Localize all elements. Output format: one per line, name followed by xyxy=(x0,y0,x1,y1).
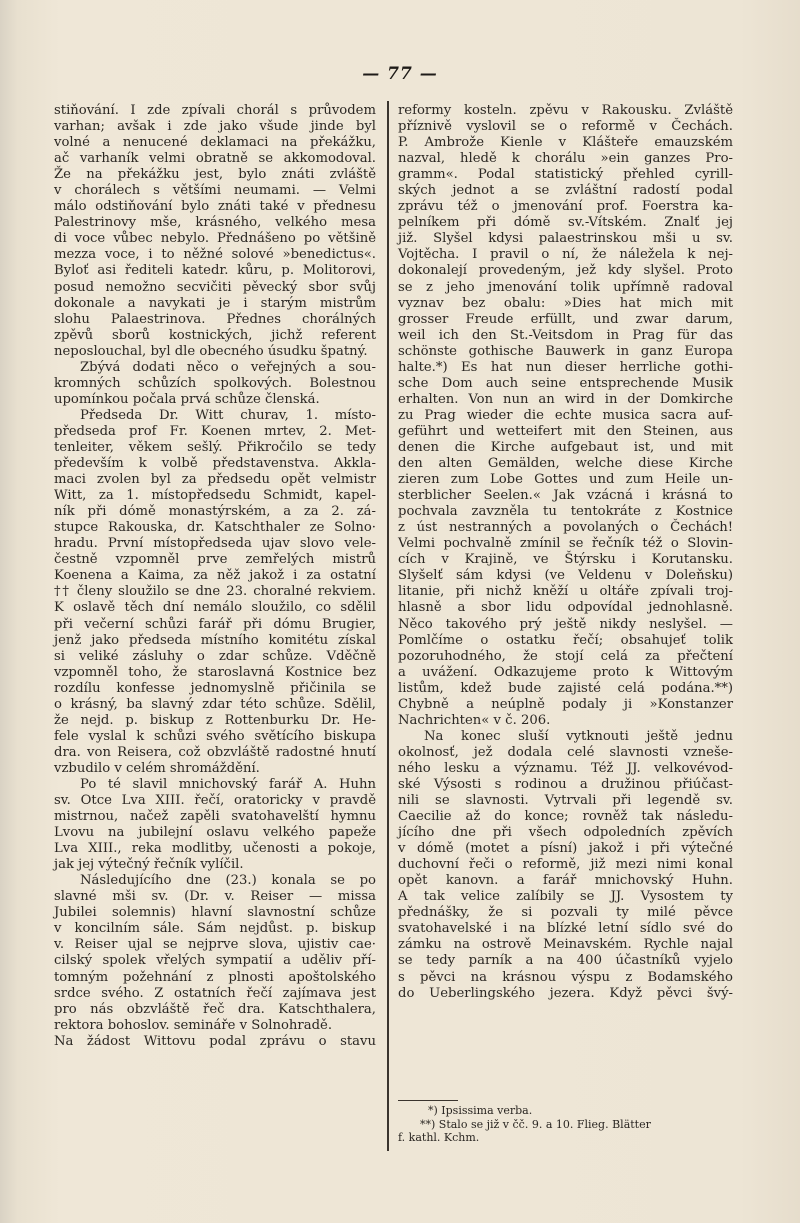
text-line: di voce vůbec nebylo. Přednášeno po větš… xyxy=(54,231,376,247)
text-line: zpěvů sborů kostnických, jichž referent xyxy=(54,328,376,344)
footnote: f. kathl. Kchm. xyxy=(398,1131,753,1145)
text-line: †† členy sloužilo se dne 23. choralné re… xyxy=(54,584,376,600)
text-line: příznivě vyslovil se o reformě v Čechách… xyxy=(398,119,733,135)
text-line: Po té slavil mnichovský farář A. Huhn xyxy=(54,777,376,793)
text-line: si veliké zásluhy o zdar schůze. Vděčně xyxy=(54,649,376,665)
text-line: den alten Gemälden, welche diese Kirche xyxy=(398,456,733,472)
text-line: maci zvolen byl za předsedu opět velmist… xyxy=(54,472,376,488)
text-line: duchovní řeči o reformě, již mezi nimi k… xyxy=(398,857,733,873)
footnote-separator xyxy=(398,1100,458,1101)
text-line: ských jednot a se zvláštní radostí podal xyxy=(398,183,733,199)
left-column: stiňování. I zde zpívali chorál s průvod… xyxy=(54,103,376,1050)
text-line: erhalten. Von nun an wird in der Domkirc… xyxy=(398,392,733,408)
text-line: fele vyslal k schůzi svého světícího bis… xyxy=(54,729,376,745)
text-line: jenž jako předseda místního komitétu zís… xyxy=(54,633,376,649)
text-line: ač varhaník velmi obratně se akkomodoval… xyxy=(54,151,376,167)
right-column: reformy kosteln. zpěvu v Rakousku. Zvláš… xyxy=(398,103,733,1002)
text-line: srdce svého. Z ostatních řečí zajímava j… xyxy=(54,986,376,1002)
text-line: upomínkou počala prvá schůze členská. xyxy=(54,392,376,408)
text-line: Zbývá dodati něco o veřejných a sou- xyxy=(54,360,376,376)
text-line: hradu. První místopředseda ujav slovo ve… xyxy=(54,536,376,552)
text-line: v koncilním sále. Sám nejdůst. p. biskup xyxy=(54,921,376,937)
text-line: mezza voce, i to něžné solové »benedictu… xyxy=(54,247,376,263)
text-line: ník při dómě monastýrském, a za 2. zá- xyxy=(54,504,376,520)
text-line: Že na překážku jest, bylo znáti zvláště xyxy=(54,167,376,183)
text-line: Velmi pochvalně zmínil se řečník též o S… xyxy=(398,536,733,552)
text-line: Jubilei solemnis) hlavní slavnostní schů… xyxy=(54,905,376,921)
text-line: se z jeho jmenování tolik upřímně radova… xyxy=(398,280,733,296)
text-line: halte.*) Es hat nun dieser herrliche got… xyxy=(398,360,733,376)
text-line: dokonale a navykati je i starým mistrům xyxy=(54,296,376,312)
text-line: cilský spolek vřelých sympatií a uděliv … xyxy=(54,953,376,969)
text-line: Byloť asi řediteli katedr. kůru, p. Moli… xyxy=(54,263,376,279)
text-line: dokonalejí provedeným, jež kdy slyšel. P… xyxy=(398,263,733,279)
text-line: ské Výsosti s rodinou a družinou přiúčas… xyxy=(398,777,733,793)
text-line: tomným požehnání z plnosti apoštolského xyxy=(54,970,376,986)
text-line: zámku na ostrově Meinavském. Rychle naja… xyxy=(398,937,733,953)
text-line: pochvala zavzněla tu tentokráte z Kostni… xyxy=(398,504,733,520)
text-line: Na konec sluší vytknouti ještě jednu xyxy=(398,729,733,745)
text-line: Caecilie až do konce; rovněž tak následu… xyxy=(398,809,733,825)
text-line: Předseda Dr. Witt churav, 1. místo- xyxy=(54,408,376,424)
text-line: nazval, hledě k chorálu »ein ganzes Pro- xyxy=(398,151,733,167)
text-line: slohu Palaestrinova. Přednes chorálných xyxy=(54,312,376,328)
text-line: varhan; avšak i zde jako všude jinde byl xyxy=(54,119,376,135)
text-line: Vojtěcha. I pravil o ní, že náležela k n… xyxy=(398,247,733,263)
column-divider xyxy=(387,101,389,1151)
text-line: při večerní schůzi farář při dómu Brugie… xyxy=(54,617,376,633)
text-line: Witt, za 1. místopředsedu Schmidt, kapel… xyxy=(54,488,376,504)
text-line: cích v Krajině, ve Štýrsku i Korutansku. xyxy=(398,552,733,568)
text-line: gramm«. Podal statistický přehled cyrill… xyxy=(398,167,733,183)
text-line: Něco takového prý ještě nikdy neslyšel. … xyxy=(398,617,733,633)
text-line: A tak velice zalíbily se JJ. Vysostem ty xyxy=(398,889,733,905)
page-number: — 77 — xyxy=(0,64,800,84)
text-line: hlasně a sbor lidu odpovídal jednohlasně… xyxy=(398,600,733,616)
text-line: pelníkem při dómě sv.-Vítském. Znalť jej xyxy=(398,215,733,231)
text-line: sv. Otce Lva XIII. řečí, oratoricky v pr… xyxy=(54,793,376,809)
footnote: **) Stalo se již v čč. 9. a 10. Flieg. B… xyxy=(398,1118,753,1132)
text-line: opět kanovn. a farář mnichovský Huhn. xyxy=(398,873,733,889)
text-line: Palestrinovy mše, krásného, velkého mesa xyxy=(54,215,376,231)
text-line: se tedy parník a na 400 účastníků vyjelo xyxy=(398,953,733,969)
text-line: litanie, při nichž kněží u oltáře zpíval… xyxy=(398,584,733,600)
text-line: jak jej výtečný řečník vylíčil. xyxy=(54,857,376,873)
text-line: neposlouchal, byl dle obecného úsudku šp… xyxy=(54,344,376,360)
text-line: Lva XIII., reka modlitby, učenosti a pok… xyxy=(54,841,376,857)
text-line: kromných schůzích spolkových. Bolestnou xyxy=(54,376,376,392)
text-line: z úst nestranných a povolaných o Čechách… xyxy=(398,520,733,536)
text-line: vzbudilo v celém shromáždění. xyxy=(54,761,376,777)
text-line: svatohavelské i na blízké letní sídlo sv… xyxy=(398,921,733,937)
text-line: ného lesku a významu. Též JJ. velkovévod… xyxy=(398,761,733,777)
text-line: v dómě (motet a písní) jakož i při výteč… xyxy=(398,841,733,857)
text-line: Nachrichten« v č. 206. xyxy=(398,713,733,729)
text-line: mistrnou, načež zapěli svatohavelští hym… xyxy=(54,809,376,825)
text-line: rozdílu konfesse jednomyslně přičinila s… xyxy=(54,681,376,697)
text-line: tenleiter, věkem sešlý. Přikročilo se te… xyxy=(54,440,376,456)
text-line: dra. von Reisera, což obzvláště radostné… xyxy=(54,745,376,761)
text-line: především k volbě představenstva. Akkla- xyxy=(54,456,376,472)
text-line: volné a nenucené deklamaci na překážku, xyxy=(54,135,376,151)
text-line: přednášky, že si pozvali ty milé pěvce xyxy=(398,905,733,921)
text-line: pro nás obzvláště řeč dra. Katschthalera… xyxy=(54,1002,376,1018)
text-line: Následujícího dne (23.) konala se po xyxy=(54,873,376,889)
text-line: s pěvci na krásnou výspu z Bodamského xyxy=(398,970,733,986)
text-line: málo odstiňování bylo znáti také v předn… xyxy=(54,199,376,215)
text-line: stupce Rakouska, dr. Katschthaler ze Sol… xyxy=(54,520,376,536)
footnotes: *) Ipsissima verba.**) Stalo se již v čč… xyxy=(398,1104,753,1145)
text-line: Lvovu na jubilejní oslavu velkého papeže xyxy=(54,825,376,841)
text-line: slavné mši sv. (Dr. v. Reiser — missa xyxy=(54,889,376,905)
footnote: *) Ipsissima verba. xyxy=(398,1104,753,1118)
text-line: weil ich den St.-Veitsdom in Prag für da… xyxy=(398,328,733,344)
text-line: reformy kosteln. zpěvu v Rakousku. Zvláš… xyxy=(398,103,733,119)
text-line: schönste gothische Bauwerk in ganz Europ… xyxy=(398,344,733,360)
text-line: čestně vzpomněl prve zemřelých mistrů xyxy=(54,552,376,568)
text-line: Slyšelť sám kdysi (ve Veldenu v Doleňsku… xyxy=(398,568,733,584)
text-line: zieren zum Lobe Gottes und zum Heile un- xyxy=(398,472,733,488)
text-line: rektora bohoslov. semináře v Solnohradě. xyxy=(54,1018,376,1034)
text-line: okolnosť, jež dodala celé slavnosti vzne… xyxy=(398,745,733,761)
text-line: vyznav bez obalu: »Dies hat mich mit xyxy=(398,296,733,312)
text-line: listům, kdež bude zajisté celá podána.**… xyxy=(398,681,733,697)
text-line: sterblicher Seelen.« Jak vzácná i krásná… xyxy=(398,488,733,504)
text-line: vzpomněl toho, že staroslavná Kostnice b… xyxy=(54,665,376,681)
text-line: K oslavě těch dní nemálo sloužilo, co sd… xyxy=(54,600,376,616)
text-line: zu Prag wieder die echte musica sacra au… xyxy=(398,408,733,424)
text-line: předseda prof Fr. Koenen mrtev, 2. Met- xyxy=(54,424,376,440)
text-line: Pomlčíme o ostatku řečí; obsahujeť tolik xyxy=(398,633,733,649)
text-line: Chybně a neúplně podaly ji »Konstanzer xyxy=(398,697,733,713)
text-line: geführt und wetteifert mit den Steinen, … xyxy=(398,424,733,440)
text-line: Koenena a Kaima, za něž jakož i za ostat… xyxy=(54,568,376,584)
text-line: denen die Kirche aufgebaut ist, und mit xyxy=(398,440,733,456)
text-line: a uvážení. Odkazujeme proto k Wittovým xyxy=(398,665,733,681)
text-line: jícího dne při všech odpoledních zpěvích xyxy=(398,825,733,841)
text-line: posud nemožno secvičiti pěvecký sbor svů… xyxy=(54,280,376,296)
text-line: sche Dom auch seine entsprechende Musik xyxy=(398,376,733,392)
text-line: grosser Freude erfüllt, und zwar darum, xyxy=(398,312,733,328)
text-line: Na žádost Wittovu podal zprávu o stavu xyxy=(54,1034,376,1050)
text-line: P. Ambrože Kienle v Klášteře emauzském xyxy=(398,135,733,151)
text-line: pozoruhodného, že stojí celá za přečtení xyxy=(398,649,733,665)
text-line: že nejd. p. biskup z Rottenburku Dr. He- xyxy=(54,713,376,729)
text-line: nili se slavnosti. Vytrvali při legendě … xyxy=(398,793,733,809)
text-line: do Ueberlingského jezera. Když pěvci švý… xyxy=(398,986,733,1002)
text-line: v. Reiser ujal se nejprve slova, ujistiv… xyxy=(54,937,376,953)
text-line: v chorálech s většími neumami. — Velmi xyxy=(54,183,376,199)
text-line: zprávu též o jmenování prof. Foerstra ka… xyxy=(398,199,733,215)
text-line: stiňování. I zde zpívali chorál s průvod… xyxy=(54,103,376,119)
text-line: o krásný, ba slavný zdar této schůze. Sd… xyxy=(54,697,376,713)
text-line: již. Slyšel kdysi palaestrinskou mši u s… xyxy=(398,231,733,247)
